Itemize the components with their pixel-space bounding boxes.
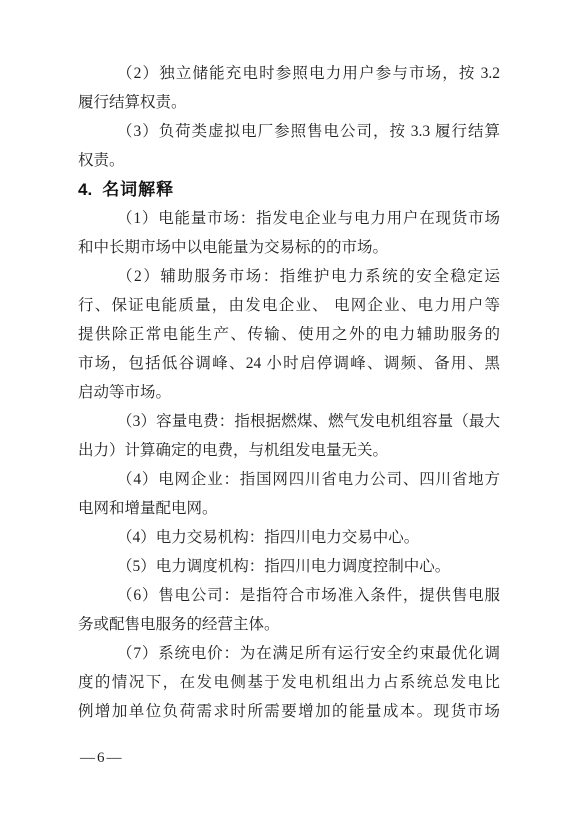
text-line: 履行结算权责。: [78, 88, 500, 117]
text-line: （2）独立储能充电时参照电力用户参与市场，按 3.2: [78, 59, 500, 88]
text-line: 行、保证电能质量，由发电企业、 电网企业、电力用户等: [78, 291, 500, 320]
text-line: （1）电能量市场：指发电企业与电力用户在现货市场: [78, 204, 500, 233]
document-page: （2）独立储能充电时参照电力用户参与市场，按 3.2 履行结算权责。 （3）负荷…: [0, 0, 577, 813]
text-line: 和中长期市场中以电能量为交易标的的市场。: [78, 233, 500, 262]
text-line: （7）系统电价：为在满足所有运行安全约束最优化调: [78, 639, 500, 668]
text-line: 启动等市场。: [78, 378, 500, 407]
text-line: （4）电力交易机构：指四川电力交易中心。: [78, 523, 500, 552]
text-line: （3）容量电费：指根据燃煤、燃气发电机组容量（最大: [78, 407, 500, 436]
text-line: 市场，包括低谷调峰、24 小时启停调峰、调频、备用、黑: [78, 349, 500, 378]
text-line: 提供除正常电能生产、传输、使用之外的电力辅助服务的: [78, 320, 500, 349]
text-line: （3）负荷类虚拟电厂参照售电公司，按 3.3 履行结算: [78, 117, 500, 146]
text-line: 务或配售电服务的经营主体。: [78, 610, 500, 639]
page-number: —6—: [80, 748, 124, 768]
text-line: （2）辅助服务市场：指维护电力系统的安全稳定运: [78, 262, 500, 291]
section-title: 名词解释: [102, 180, 174, 199]
text-line: 电网和增量配电网。: [78, 494, 500, 523]
text-line: 出力）计算确定的电费，与机组发电量无关。: [78, 436, 500, 465]
text-line: （6）售电公司：是指符合市场准入条件，提供售电服: [78, 581, 500, 610]
text-line: （4）电网企业：指国网四川省电力公司、四川省地方: [78, 465, 500, 494]
text-line: 权责。: [78, 146, 500, 175]
section-number: 4.: [78, 175, 92, 204]
text-line: 例增加单位负荷需求时所需要增加的能量成本。现货市场: [78, 697, 500, 726]
section-heading: 4.名词解释: [78, 175, 500, 204]
text-line: 度的情况下，在发电侧基于发电机组出力占系统总发电比: [78, 668, 500, 697]
document-body: （2）独立储能充电时参照电力用户参与市场，按 3.2 履行结算权责。 （3）负荷…: [78, 59, 500, 726]
text-line: （5）电力调度机构：指四川电力调度控制中心。: [78, 552, 500, 581]
